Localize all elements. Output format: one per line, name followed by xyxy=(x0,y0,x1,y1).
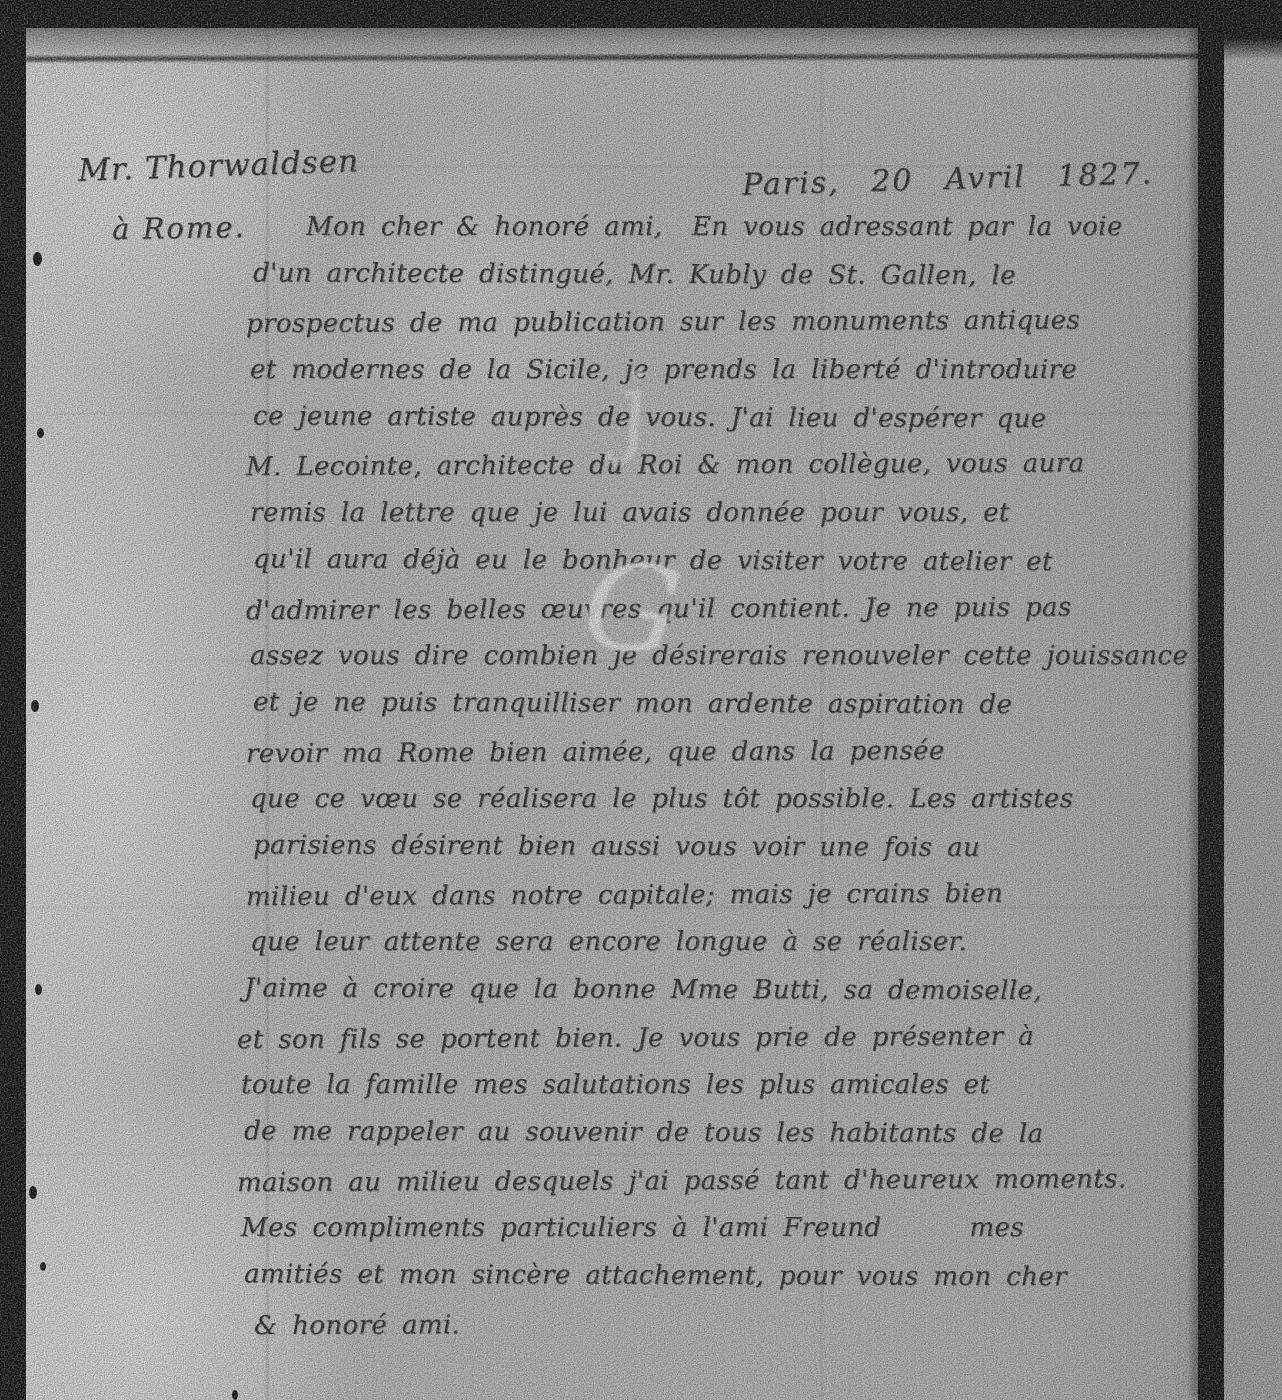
letter-line: de me rappeler au souvenir de tous les h… xyxy=(244,1116,1213,1167)
binding-speck xyxy=(31,700,39,712)
letter-line: revoir ma Rome bien aimée, que dans la p… xyxy=(246,734,1206,786)
letter-line: prospectus de ma publication sur les mon… xyxy=(246,305,1206,357)
letter-line: assez vous dire combien je désirerais re… xyxy=(250,641,1210,689)
letter-line: et modernes de la Sicile, je prends la l… xyxy=(250,355,1210,403)
letter-line: M. Lecointe, architecte du Roi & mon col… xyxy=(246,448,1206,500)
letter-line: d'un architecte distingué, Mr. Kubly de … xyxy=(253,258,1213,309)
binding-speck xyxy=(37,428,44,438)
scanned-letter-canvas: Mr. Thorwaldsen à Rome. Paris, 20 Avril … xyxy=(0,0,1282,1400)
letter-line: ce jeune artiste auprès de vous. J'ai li… xyxy=(253,401,1213,452)
letter-line: que leur attente sera encore longue à se… xyxy=(250,927,1210,975)
binding-speck xyxy=(35,984,42,995)
adjacent-page-sliver xyxy=(1224,0,1282,1400)
letter-body: Mon cher & honoré ami, En vous adressant… xyxy=(250,212,1210,1357)
letter-line: parisiens désirent bien aussi vous voir … xyxy=(253,830,1213,881)
letter-line: J'aime à croire que la bonne Mme Butti, … xyxy=(244,973,1213,1024)
letter-line: remis la lettre que je lui avais donnée … xyxy=(250,498,1210,546)
letter-line: et son fils se portent bien. Je vous pri… xyxy=(237,1021,1206,1073)
binding-speck xyxy=(29,1186,37,1199)
binding-speck xyxy=(232,1390,238,1400)
letter-line: amitiés et mon sincère attachement, pour… xyxy=(244,1259,1213,1310)
letter-line: milieu d'eux dans notre capitale; mais j… xyxy=(246,878,1206,930)
letter-line: d'admirer les belles œuvres qu'il contie… xyxy=(246,591,1206,643)
letter-line: maison au milieu desquels j'ai passé tan… xyxy=(237,1164,1206,1216)
letter-line: Mon cher & honoré ami, En vous adressant… xyxy=(250,212,1210,260)
letter-line: & honoré ami. xyxy=(254,1307,1206,1359)
letter-line: toute la famille mes salutations les plu… xyxy=(241,1070,1210,1118)
letter-line: Mes compliments particuliers à l'ami Fre… xyxy=(241,1213,1210,1261)
letter-line: qu'il aura déjà eu le bonheur de visiter… xyxy=(253,544,1213,595)
binding-speck xyxy=(33,252,42,266)
letter-line: et je ne puis tranquilliser mon ardente … xyxy=(253,687,1213,738)
binding-speck xyxy=(40,1262,46,1271)
recipient-name: Mr. Thorwaldsen xyxy=(77,143,359,189)
letter-line: que ce vœu se réalisera le plus tôt poss… xyxy=(250,784,1210,832)
